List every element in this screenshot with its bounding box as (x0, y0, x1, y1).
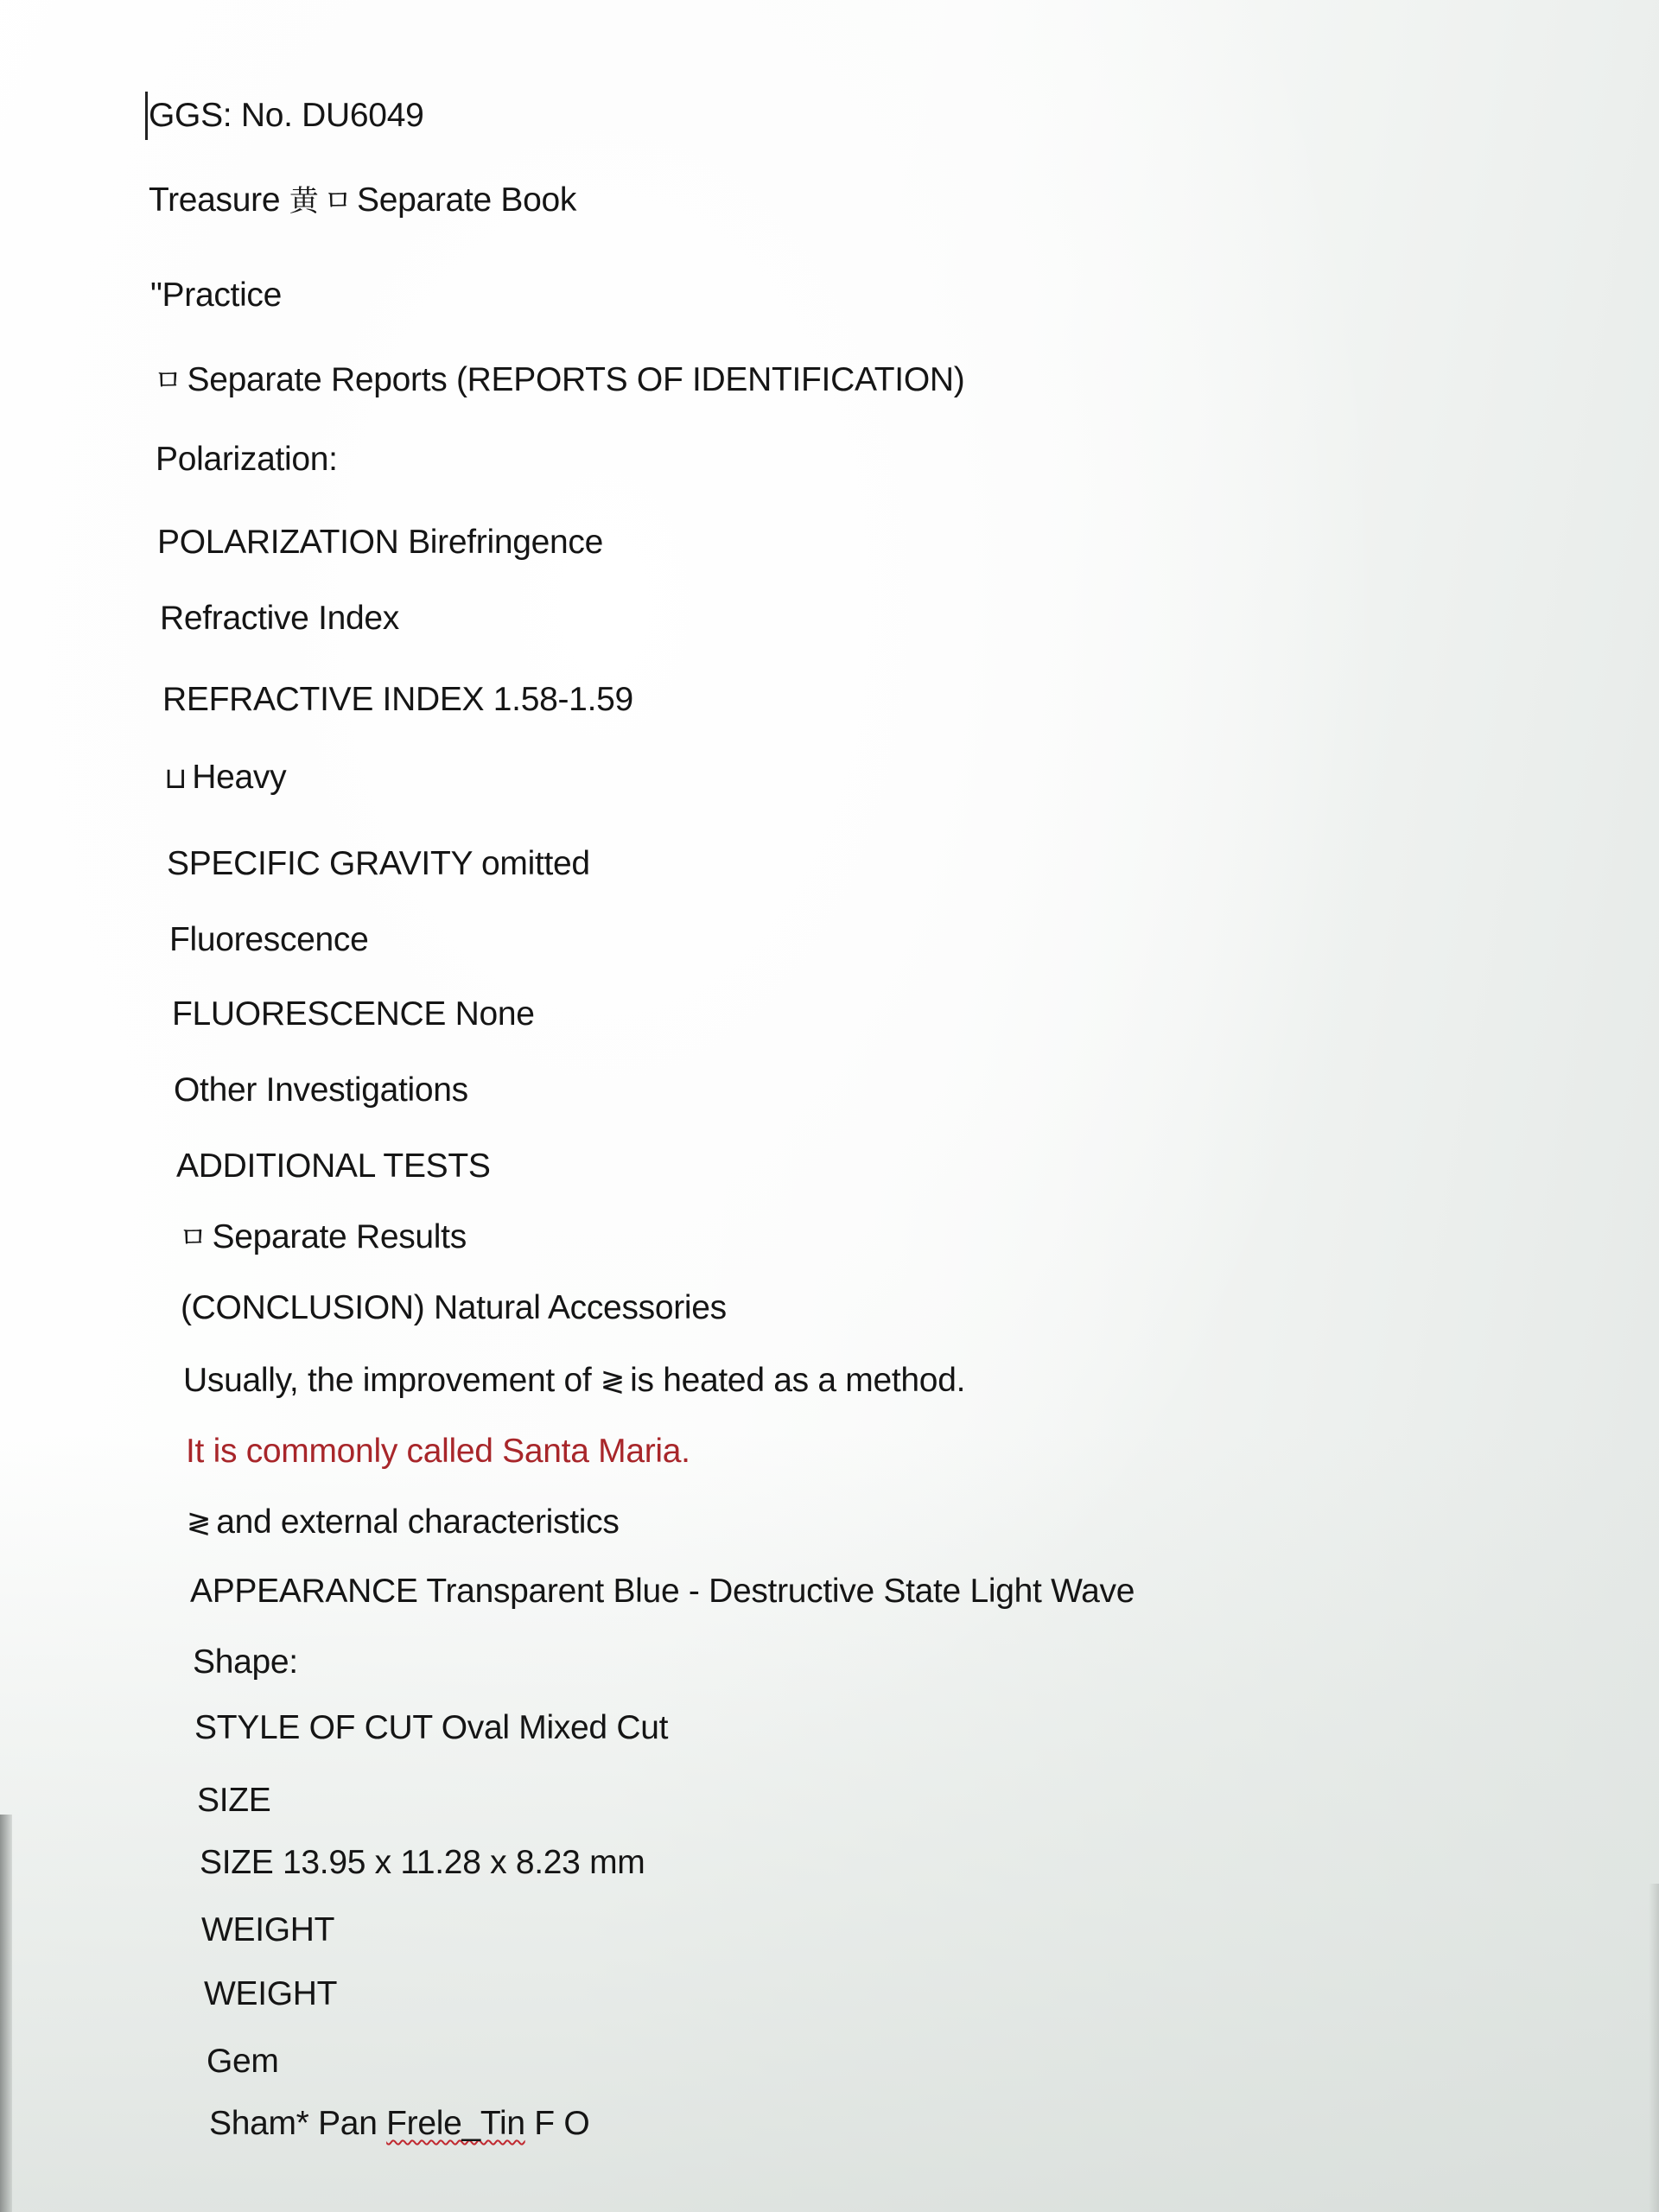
style-of-cut[interactable]: STYLE OF CUT Oval Mixed Cut (194, 1711, 668, 1745)
conclusion[interactable]: (CONCLUSION) Natural Accessories (181, 1291, 727, 1325)
improvement-suffix: is heated as a method. (630, 1362, 965, 1399)
refractive-value[interactable]: REFRACTIVE INDEX 1.58-1.59 (162, 683, 633, 716)
box-glyph-icon: ㅁ (323, 187, 352, 216)
specific-gravity[interactable]: SPECIFIC GRAVITY omitted (167, 847, 590, 880)
external-characteristics-text: and external characteristics (216, 1503, 619, 1541)
spellcheck-flagged-word[interactable]: Frele_Tin (386, 2105, 525, 2142)
comparison-glyph-icon: ≷ (187, 1509, 211, 1538)
shape-label[interactable]: Shape: (193, 1645, 298, 1679)
separate-results-text: Separate Results (213, 1218, 467, 1255)
book-title[interactable]: Treasure 黄ㅁSeparate Book (149, 183, 576, 217)
box-glyph-icon: ㅁ (179, 1224, 207, 1253)
box-glyph-icon: ㅁ (154, 366, 182, 396)
gem-label[interactable]: Gem (207, 2044, 279, 2078)
size-value[interactable]: SIZE 13.95 x 11.28 x 8.23 mm (200, 1846, 645, 1879)
size-label[interactable]: SIZE (197, 1783, 270, 1817)
report-number[interactable]: GGS: No. DU6049 (149, 99, 423, 132)
reports-heading-text: Separate Reports (REPORTS OF IDENTIFICAT… (188, 361, 965, 398)
polarization-label[interactable]: Polarization: (156, 442, 338, 476)
weight-label[interactable]: WEIGHT (201, 1913, 334, 1947)
document-page[interactable]: GGS: No. DU6049 Treasure 黄ㅁSeparate Book… (0, 0, 1659, 2212)
separate-results[interactable]: ㅁSeparate Results (179, 1220, 467, 1254)
heavy-label[interactable]: ⊔Heavy (164, 760, 286, 794)
text-cursor (145, 92, 148, 140)
reports-heading[interactable]: ㅁSeparate Reports (REPORTS OF IDENTIFICA… (154, 363, 964, 397)
comparison-glyph-icon: ≷ (601, 1367, 625, 1396)
book-title-suffix: Separate Book (357, 181, 576, 219)
last-line-prefix: Sham* Pan (209, 2105, 378, 2142)
refractive-label[interactable]: Refractive Index (160, 601, 399, 635)
book-title-prefix: Treasure (149, 181, 280, 219)
additional-tests[interactable]: ADDITIONAL TESTS (176, 1149, 491, 1183)
weight-label-repeat[interactable]: WEIGHT (204, 1977, 337, 2011)
other-investigations[interactable]: Other Investigations (174, 1073, 468, 1107)
improvement-note[interactable]: Usually, the improvement of ≷is heated a… (183, 1363, 965, 1397)
common-name[interactable]: It is commonly called Santa Maria. (186, 1434, 690, 1468)
heavy-text: Heavy (192, 759, 286, 796)
practice-line[interactable]: "Practice (150, 278, 282, 312)
polarization-value[interactable]: POLARIZATION Birefringence (157, 525, 603, 559)
fluorescence-value[interactable]: FLUORESCENCE None (172, 997, 535, 1031)
bracket-glyph-icon: ⊔ (164, 764, 187, 793)
external-characteristics[interactable]: ≷and external characteristics (187, 1505, 620, 1539)
appearance[interactable]: APPEARANCE Transparent Blue - Destructiv… (190, 1574, 1135, 1608)
fluorescence-label[interactable]: Fluorescence (169, 923, 369, 957)
last-line-suffix: F O (534, 2105, 589, 2142)
cjk-glyph: 黄 (289, 187, 319, 216)
last-line[interactable]: Sham* Pan Frele_Tin F O (209, 2107, 589, 2140)
improvement-prefix: Usually, the improvement of (183, 1362, 591, 1399)
